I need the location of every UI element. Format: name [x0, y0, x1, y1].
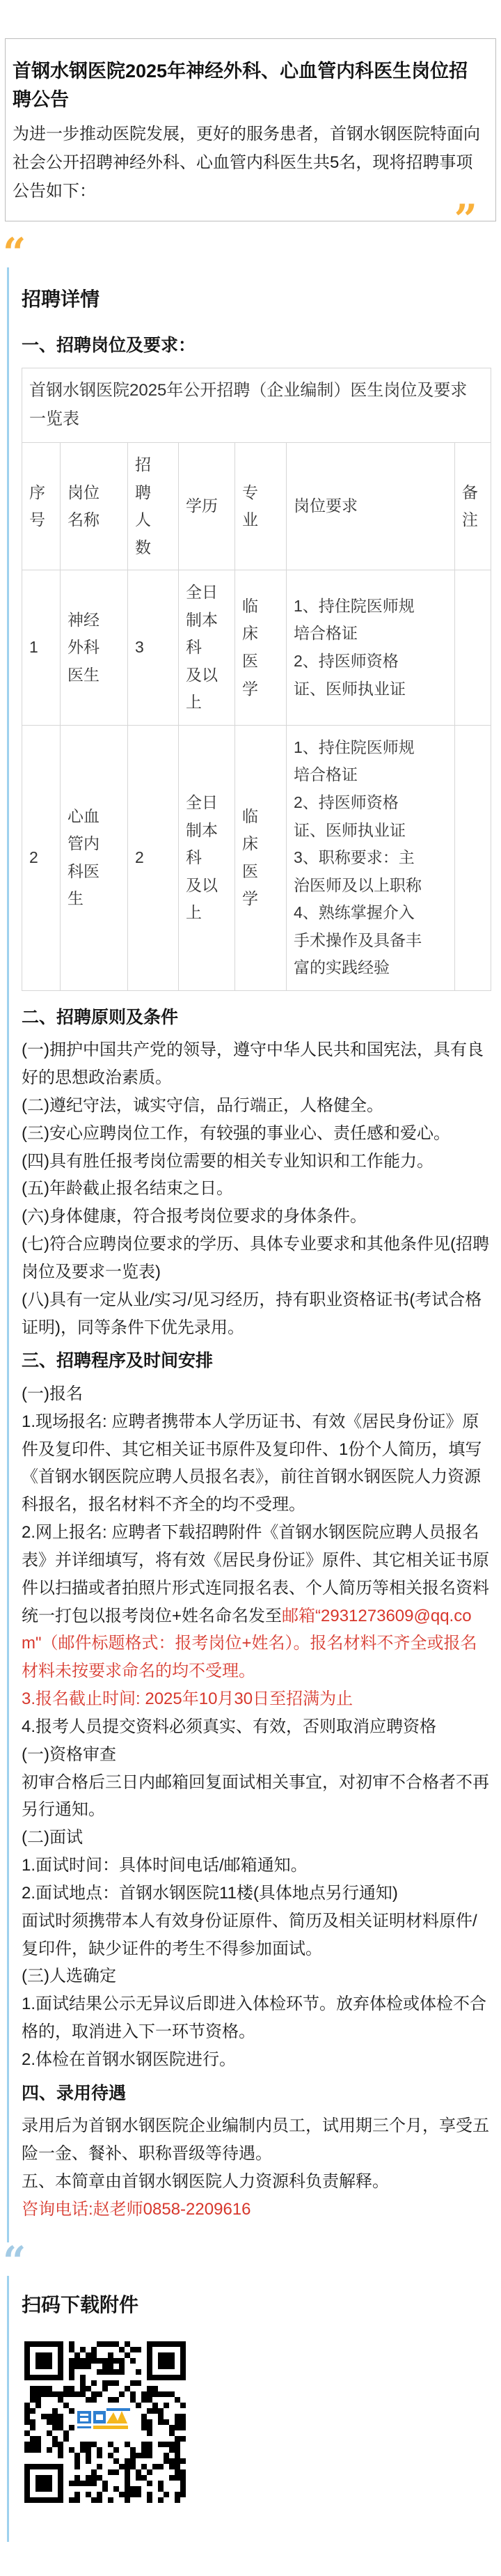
text-segment: (三)人选确定 — [22, 1967, 116, 1985]
table-title: 首钢水钢医院2025年公开招聘（企业编制）医生岗位及要求一览表 — [22, 368, 491, 443]
text-segment: 1.面试时间：具体时间电话/邮箱通知。 — [22, 1856, 308, 1875]
table-cell: 2 — [22, 725, 61, 990]
highlighted-text: 3.报名截止时间: 2025年10月30日至招满为止 — [22, 1689, 353, 1708]
article-paragraph: 五、本简章由首钢水钢医院人力资源科负责解释。 — [22, 2168, 491, 2196]
text-segment: 五、本简章由首钢水钢医院人力资源科负责解释。 — [22, 2172, 389, 2191]
table-title-row: 首钢水钢医院2025年公开招聘（企业编制）医生岗位及要求一览表 — [22, 368, 491, 443]
text-segment: (一)资格审查 — [22, 1745, 116, 1764]
text-segment: 1.面试结果公示无异议后即进入体检环节。放弃体检或体检不合格的，取消进入下一环节… — [22, 1995, 486, 2041]
positions-table: 首钢水钢医院2025年公开招聘（企业编制）医生岗位及要求一览表 序 号岗位 名称… — [22, 368, 491, 990]
intro-paragraph: 为进一步推动医院发展，更好的服务患者，首钢水钢医院特面向社会公开招聘神经外科、心… — [13, 120, 486, 205]
article-paragraph: (二)遵纪守法，诚实守信，品行端正，人格健全。 — [22, 1092, 491, 1120]
table-cell: 3 — [128, 570, 179, 726]
article-paragraph: 3.报名截止时间: 2025年10月30日至招满为止 — [22, 1685, 491, 1713]
article-paragraph: (六)身体健康，符合报考岗位要求的身体条件。 — [22, 1203, 491, 1231]
text-segment: 录用后为首钢水钢医院企业编制内员工，试用期三个月，享受五险一金、餐补、职称晋级等… — [22, 2116, 489, 2163]
text-segment: 2.面试地点：首钢水钢医院11楼(具体地点另行通知) — [22, 1884, 398, 1903]
article-paragraph: 录用后为首钢水钢医院企业编制内员工，试用期三个月，享受五险一金、餐补、职称晋级等… — [22, 2112, 491, 2168]
text-segment: 4.报考人员提交资料必须真实、有效，否则取消应聘资格 — [22, 1717, 436, 1736]
table-header-cell: 招 聘 人 数 — [128, 442, 179, 570]
table-header-cell: 备 注 — [454, 442, 491, 570]
positions-heading: 一、招聘岗位及要求： — [22, 331, 491, 357]
text-segment: (五)年龄截止报名结束之日。 — [22, 1179, 233, 1198]
article-paragraph: 2.网上报名: 应聘者下载招聘附件《首钢水钢医院应聘人员报名表》并详细填写，将有… — [22, 1519, 491, 1685]
table-cell: 1、持住院医师规 培合格证2、持医师资格 证、医师执业证3、职称要求：主 治医师… — [287, 725, 455, 990]
table-cell: 临 床 医 学 — [235, 725, 287, 990]
text-segment: (七)符合应聘岗位要求的学历、具体专业要求和其他条件见(招聘岗位及要求一览表) — [22, 1235, 489, 1281]
text-segment: (一)报名 — [22, 1384, 83, 1403]
article-paragraph: (八)具有一定从业/实习/见习经历，持有职业资格证书(考试合格证明)，同等条件下… — [22, 1286, 491, 1342]
text-segment: (一)拥护中国共产党的领导，遵守中华人民共和国宪法，具有良好的思想政治素质。 — [22, 1040, 484, 1087]
recruitment-detail-section: 招聘详情 一、招聘岗位及要求： 首钢水钢医院2025年公开招聘（企业编制）医生岗… — [7, 267, 501, 2242]
article-paragraph: 初审合格后三日内邮箱回复面试相关事宜，对初审不合格者不再另行通知。 — [22, 1769, 491, 1825]
text-segment: 初审合格后三日内邮箱回复面试相关事宜，对初审不合格者不再另行通知。 — [22, 1773, 489, 1820]
attachment-section: 扫码下载附件 — [7, 2276, 501, 2542]
detail-heading: 招聘详情 — [22, 284, 491, 312]
table-cell: 临 床 医 学 — [235, 570, 287, 726]
article-paragraph: (四)具有胜任报考岗位需要的相关专业知识和工作能力。 — [22, 1148, 491, 1176]
announcement-body: 二、招聘原则及条件(一)拥护中国共产党的领导，遵守中华人民共和国宪法，具有良好的… — [22, 1004, 491, 2224]
article-paragraph: 2.面试地点：首钢水钢医院11楼(具体地点另行通知) — [22, 1880, 491, 1907]
text-segment: (二)遵纪守法，诚实守信，品行端正，人格健全。 — [22, 1096, 383, 1115]
table-cell — [454, 725, 491, 990]
article-paragraph: 1.现场报名: 应聘者携带本人学历证书、有效《居民身份证》原件及复印件、其它相关… — [22, 1408, 491, 1519]
article-paragraph: (一)报名 — [22, 1380, 491, 1408]
table-header-cell: 岗位要求 — [287, 442, 455, 570]
requirement-item: 4、熟练掌握介入 手术操作及具备丰 富的实践经验 — [294, 899, 447, 982]
table-row: 1神经 外科 医生3全日 制本 科 及以 上临 床 医 学1、持住院医师规 培合… — [22, 570, 491, 726]
article-paragraph: 4.报考人员提交资料必须真实、有效，否则取消应聘资格 — [22, 1713, 491, 1741]
article-paragraph: (二)面试 — [22, 1824, 491, 1852]
table-cell: 1、持住院医师规 培合格证2、持医师资格 证、医师执业证 — [287, 570, 455, 726]
requirement-item: 3、职称要求：主 治医师及以上职称 — [294, 844, 447, 899]
article-paragraph: (三)安心应聘岗位工作，有较强的事业心、责任感和爱心。 — [22, 1120, 491, 1148]
article-paragraph: 2.体检在首钢水钢医院进行。 — [22, 2046, 491, 2074]
table-cell: 1 — [22, 570, 61, 726]
section-heading: 二、招聘原则及条件 — [22, 1004, 491, 1033]
opening-quote-blue-icon: “ — [0, 2247, 501, 2276]
section-heading: 四、录用待遇 — [22, 2079, 491, 2109]
article-paragraph: 1.面试时间：具体时间电话/邮箱通知。 — [22, 1852, 491, 1880]
requirement-item: 2、持医师资格 证、医师执业证 — [294, 648, 447, 703]
table-header-cell: 序 号 — [22, 442, 61, 570]
article-paragraph: (三)人选确定 — [22, 1962, 491, 1990]
page-title: 首钢水钢医院2025年神经外科、心血管内科医生岗位招聘公告 — [13, 57, 486, 114]
table-header-cell: 专 业 — [235, 442, 287, 570]
article-paragraph: 1.面试结果公示无异议后即进入体检环节。放弃体检或体检不合格的，取消进入下一环节… — [22, 1990, 491, 2046]
requirement-item: 1、持住院医师规 培合格证 — [294, 593, 447, 648]
text-segment: 2.体检在首钢水钢医院进行。 — [22, 2050, 236, 2069]
text-segment: (八)具有一定从业/实习/见习经历，持有职业资格证书(考试合格证明)，同等条件下… — [22, 1290, 482, 1337]
table-cell: 神经 外科 医生 — [61, 570, 128, 726]
text-segment: (六)身体健康，符合报考岗位要求的身体条件。 — [22, 1207, 367, 1226]
opening-quote-icon: “ — [0, 238, 501, 267]
table-cell: 2 — [128, 725, 179, 990]
section-heading: 三、招聘程序及时间安排 — [22, 1347, 491, 1376]
attachment-heading: 扫码下载附件 — [22, 2290, 491, 2318]
table-cell: 全日 制本 科 及以 上 — [179, 725, 235, 990]
article-paragraph: (一)资格审查 — [22, 1741, 491, 1769]
closing-quote-icon: ” — [0, 205, 501, 234]
text-segment: (二)面试 — [22, 1828, 83, 1847]
table-header-row: 序 号岗位 名称招 聘 人 数学历专 业岗位要求备 注 — [22, 442, 491, 570]
text-segment: (四)具有胜任报考岗位需要的相关专业知识和工作能力。 — [22, 1152, 434, 1171]
text-segment: 二、招聘原则及条件 — [22, 1008, 178, 1027]
text-segment: 1.现场报名: 应聘者携带本人学历证书、有效《居民身份证》原件及复印件、其它相关… — [22, 1412, 482, 1514]
announcement-card: 首钢水钢医院2025年神经外科、心血管内科医生岗位招聘公告 为进一步推动医院发展… — [5, 38, 496, 221]
table-cell: 心血 管内 科医 生 — [61, 725, 128, 990]
text-segment: (三)安心应聘岗位工作，有较强的事业心、责任感和爱心。 — [22, 1124, 450, 1143]
text-segment: 四、录用待遇 — [22, 2084, 126, 2103]
announcement-page: 首钢水钢医院2025年神经外科、心血管内科医生岗位招聘公告 为进一步推动医院发展… — [0, 38, 501, 2542]
requirement-item: 2、持医师资格 证、医师执业证 — [294, 789, 447, 844]
article-paragraph: (一)拥护中国共产党的领导，遵守中华人民共和国宪法，具有良好的思想政治素质。 — [22, 1036, 491, 1092]
article-paragraph: (七)符合应聘岗位要求的学历、具体专业要求和其他条件见(招聘岗位及要求一览表) — [22, 1231, 491, 1286]
table-cell — [454, 570, 491, 726]
table-cell: 全日 制本 科 及以 上 — [179, 570, 235, 726]
table-header-cell: 学历 — [179, 442, 235, 570]
article-paragraph: 咨询电话:赵老师0858-2209616 — [22, 2196, 491, 2224]
requirement-item: 1、持住院医师规 培合格证 — [294, 734, 447, 789]
table-header-cell: 岗位 名称 — [61, 442, 128, 570]
text-segment: 面试时须携带本人有效身份证原件、简历及相关证明材料原件/复印件，缺少证件的考生不… — [22, 1912, 477, 1958]
qr-code — [24, 2341, 186, 2503]
article-paragraph: 面试时须携带本人有效身份证原件、简历及相关证明材料原件/复印件，缺少证件的考生不… — [22, 1907, 491, 1963]
article-paragraph: (五)年龄截止报名结束之日。 — [22, 1175, 491, 1203]
text-segment: 三、招聘程序及时间安排 — [22, 1351, 213, 1371]
highlighted-text: 咨询电话:赵老师0858-2209616 — [22, 2200, 250, 2219]
table-row: 2心血 管内 科医 生2全日 制本 科 及以 上临 床 医 学1、持住院医师规 … — [22, 725, 491, 990]
